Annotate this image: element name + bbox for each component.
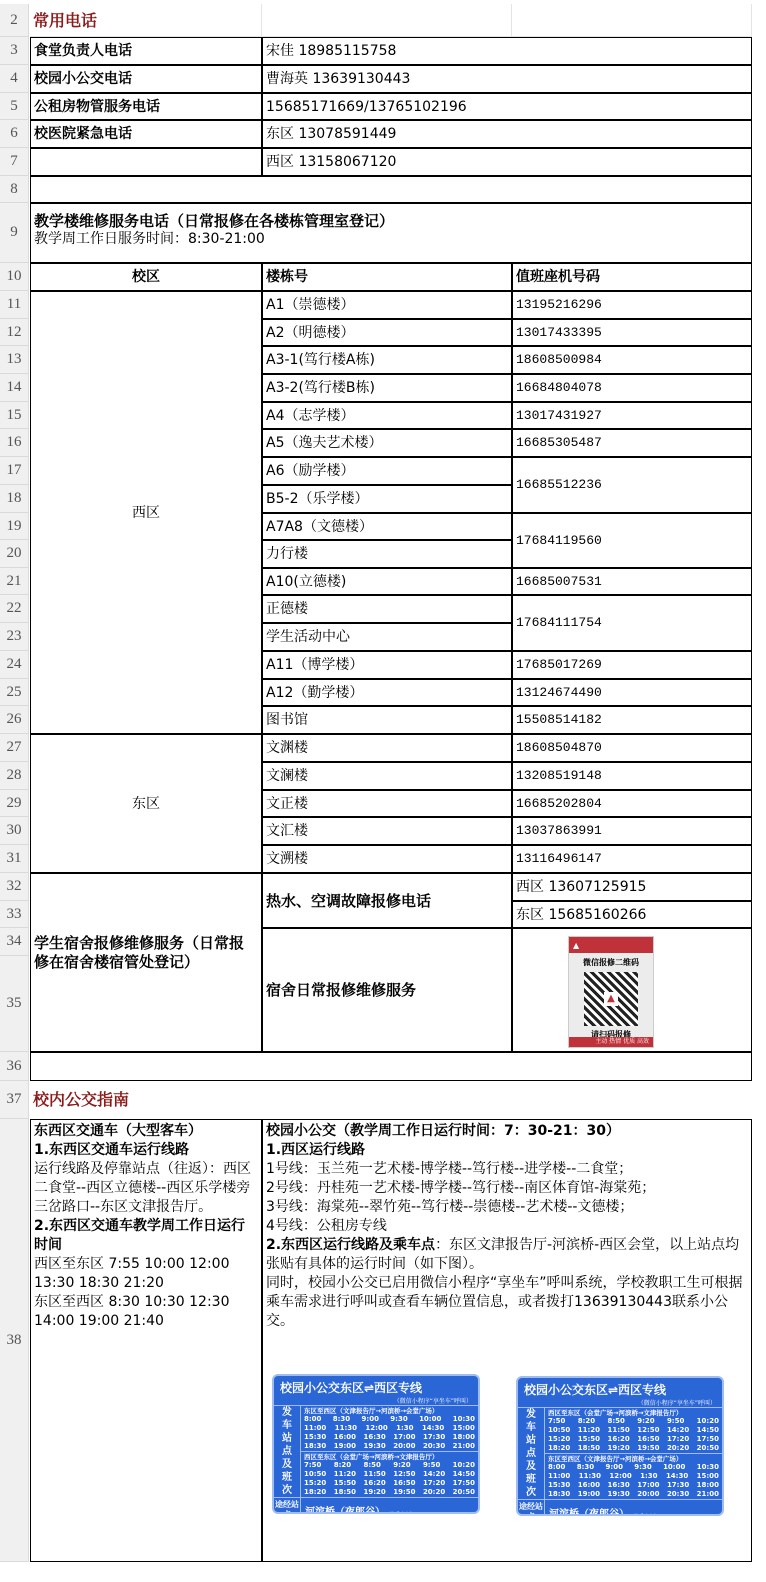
building-name: 正德楼 [262,595,512,623]
route-line-3: 3号线：海棠苑--翠竹苑--笃行楼--崇德楼--艺术楼--文德楼； [266,1198,748,1217]
duty-phone[interactable]: 16685007531 [512,568,752,595]
departure-time: 10:50 [304,1470,326,1479]
shuttle-route: 运行线路及停靠站点（往返）：西区二食堂--西区立德楼--西区乐学楼旁三岔路口--… [34,1160,258,1217]
departure-time: 8:30 [577,1463,594,1472]
departure-time: 18:50 [578,1444,600,1453]
departure-time: 11:50 [607,1426,629,1435]
building-name: 文溯楼 [262,845,512,873]
row-header[interactable]: 8 [0,176,29,203]
duty-phone[interactable]: 15508514182 [512,706,752,734]
building-name: B5-2（乐学楼） [262,485,512,513]
row-header[interactable]: 6 [0,120,29,148]
duty-phone[interactable]: 13116496147 [512,845,752,873]
row-header[interactable]: 12 [0,319,29,346]
building-name: A7A8（文德楼） [262,513,512,540]
row-header[interactable]: 14 [0,374,29,402]
departure-time: 10:30 [697,1463,719,1472]
building-name: A11（博学楼） [262,651,512,679]
departure-time: 16:50 [393,1479,415,1488]
departure-time: 8:50 [607,1417,624,1426]
side-label-char: 车 [282,1419,292,1432]
route-line-4: 4号线：公租房专线 [266,1217,748,1236]
direction-label: 东区至西区（文津报告厅→河滨桥→会堂广场） [545,1454,722,1463]
building-name: 图书馆 [262,706,512,734]
phone-value[interactable]: 15685171669/13765102196 [262,93,752,120]
row-header[interactable]: 36 [0,1052,29,1081]
route-line-2: 2号线：丹桂苑一艺术楼-博学楼--笃行楼--南区体育馆-海棠苑； [266,1179,748,1198]
empty-row [30,1052,752,1081]
departure-time: 11:00 [548,1472,570,1481]
shuttle-route-heading: 1.东西区交通车运行线路 [34,1141,258,1160]
departure-time: 8:30 [333,1415,350,1424]
row-header[interactable]: 5 [0,93,29,120]
row-header[interactable]: 4 [0,65,29,93]
departure-time: 11:20 [334,1470,356,1479]
departure-time: 19:00 [334,1442,356,1451]
row-header[interactable]: 27 [0,734,29,762]
departure-time: 20:00 [637,1490,659,1499]
departure-time: 19:50 [393,1488,415,1497]
side-label-char: 次 [526,1486,536,1499]
shuttle-east-to-west: 东区至西区 8:30 10:30 12:30 14:00 19:00 21:40 [34,1293,258,1331]
phone-value[interactable]: 西区 13158067120 [262,148,752,176]
duty-phone[interactable]: 17684111754 [512,595,752,651]
row-header[interactable]: 31 [0,845,29,873]
departure-time: 15:00 [697,1472,719,1481]
building-name: 文渊楼 [262,734,512,762]
departure-time: 19:50 [637,1444,659,1453]
departure-time: 11:50 [363,1470,385,1479]
departure-time: 16:00 [578,1481,600,1490]
departure-time: 20:00 [393,1442,415,1451]
departure-time: 7:50 [548,1417,565,1426]
departure-time: 7:50 [304,1461,321,1470]
phone-value[interactable]: 曹海英 13639130443 [262,65,752,93]
departure-time: 8:20 [334,1461,351,1470]
departure-time: 18:50 [334,1488,356,1497]
departure-time: 14:50 [453,1470,475,1479]
departure-times-row: 8:008:309:009:3010:0010:30 [301,1415,478,1424]
row-header[interactable]: 9 [0,203,29,263]
direction-label: 东区至西区（文津报告厅→河滨桥→会堂广场） [301,1406,478,1415]
shuttle-info: 东西区交通车（大型客车）1.东西区交通车运行线路运行线路及停靠站点（往返）：西区… [30,1119,262,1562]
side-label-char: 次 [282,1484,292,1497]
row-header[interactable]: 11 [0,291,29,319]
contact-phone: 联系电话：13639130443 [629,1500,704,1516]
departure-time: 20:30 [667,1490,689,1499]
row-header[interactable]: 17 [0,457,29,485]
wechat-repair-qr-code[interactable]: ▲微信报修二维码▲请扫码报修主动 热情 优质 高效 [568,936,654,1048]
hotwater-label: 热水、空调故障报修电话 [262,873,512,928]
row-header[interactable]: 22 [0,595,29,623]
departure-time: 16:50 [637,1435,659,1444]
duty-phone[interactable]: 13124674490 [512,679,752,706]
departure-times-row: 11:0011:3012:001:3014:3015:00 [301,1424,478,1433]
contact-phone: 联系电话：13639130443 [385,1498,460,1514]
qr-code-icon: ▲ [584,972,638,1026]
departure-times-row: 18:3019:0019:3020:0020:3021:00 [301,1442,478,1451]
departure-time: 12:00 [365,1424,387,1433]
duty-phone[interactable]: 17684119560 [512,513,752,568]
departure-times-row: 15:3016:0016:3017:0017:3018:00 [545,1481,722,1490]
qr-footer: 主动 热情 优质 高效 [569,1037,653,1047]
phone-value[interactable]: 东区 13078591449 [262,120,752,148]
departure-time: 17:20 [423,1479,445,1488]
phone-label: 食堂负责人电话 [30,37,262,65]
departure-time: 17:50 [453,1479,475,1488]
grid-cell[interactable] [262,4,512,37]
departure-time: 19:20 [363,1488,385,1497]
east-west-route: 2.东西区运行线路及乘车点：东区文津报告厅-河滨桥-西区会堂，以上站点均张贴有具… [266,1236,748,1274]
route-line-1: 1号线：玉兰苑一艺术楼-博学楼--笃行楼--进学楼--二食堂； [266,1160,748,1179]
row-header[interactable]: 24 [0,651,29,679]
grid-cell[interactable] [512,4,752,37]
bus-timetable-image: 校园小公交东区⇌西区专线（微信小程序“享坐车”呼叫）发车站点及班次东区至西区（文… [272,1374,480,1514]
row-header[interactable]: 18 [0,485,29,513]
west-route-heading: 1.西区运行线路 [266,1141,748,1160]
dorm-section-title: 学生宿舍报修维修服务（日常报修在宿舍楼宿管处登记） [30,873,262,1052]
stop-label: 途经站点 [518,1500,545,1516]
row-header[interactable]: 16 [0,429,29,457]
departure-time: 15:20 [548,1435,570,1444]
departure-times-row: 15:2015:5016:2016:5017:2017:50 [301,1479,478,1488]
departure-time: 16:20 [607,1435,629,1444]
departure-time: 19:20 [607,1444,629,1453]
east-west-route-heading: 2.东西区运行线路及乘车点 [266,1237,435,1253]
departure-times-row: 7:508:208:509:209:5010:20 [301,1461,478,1470]
departure-time: 18:30 [548,1490,570,1499]
departure-time: 15:50 [578,1435,600,1444]
departure-time: 21:00 [453,1442,475,1451]
building-name: 文汇楼 [262,817,512,845]
departure-time: 11:00 [304,1424,326,1433]
row-header[interactable]: 28 [0,762,29,790]
row-header[interactable]: 32 [0,873,29,901]
departure-time: 20:20 [423,1488,445,1497]
departure-time: 10:20 [697,1417,719,1426]
departure-time: 10:00 [419,1415,441,1424]
departure-times-row: 18:2018:5019:2019:5020:2020:50 [545,1444,722,1453]
building-name: 文澜楼 [262,762,512,790]
departure-time: 18:00 [453,1433,475,1442]
departure-time: 17:00 [637,1481,659,1490]
building-name: A3-2(笃行楼B栋) [262,374,512,402]
service-hours: 教学周工作日服务时间：8:30-21:00 [34,230,748,248]
direction-label: 西区至东区（会堂广场→河滨桥→文津报告厅） [545,1408,722,1417]
departure-time: 17:50 [697,1435,719,1444]
departure-times-row: 10:5011:2011:5012:5014:2014:50 [545,1426,722,1435]
row-header[interactable]: 25 [0,679,29,706]
building-name: 文正楼 [262,790,512,817]
timetable-title: 校园小公交东区⇌西区专线 [274,1376,478,1396]
col-header-building: 楼栋号 [262,263,512,291]
row-header[interactable]: 33 [0,901,29,928]
building-name: A6（励学楼） [262,457,512,485]
departure-time: 18:00 [697,1481,719,1490]
departure-time: 12:50 [393,1470,415,1479]
col-header-phone: 值班座机号码 [512,263,752,291]
qr-title: 微信报修二维码 [569,957,653,968]
campus-west: 西区 [30,291,262,734]
building-name: A10(立德楼) [262,568,512,595]
mini-bus-title: 校园小公交（教学周工作日运行时间：7：30-21：30） [266,1122,748,1141]
departure-time: 10:50 [548,1426,570,1435]
departure-time: 8:50 [363,1461,380,1470]
departure-time: 14:50 [697,1426,719,1435]
side-label-char: 班 [282,1471,292,1484]
departure-time: 11:30 [579,1472,601,1481]
departure-times-row: 15:2015:5016:2016:5017:2017:50 [545,1435,722,1444]
row-header[interactable]: 21 [0,568,29,595]
campus-east: 东区 [30,734,262,873]
bus-timetable-image: 校园小公交东区⇌西区专线（微信小程序“享坐车”呼叫）发车站点及班次西区至东区（会… [516,1376,724,1516]
departure-time: 9:50 [423,1461,440,1470]
building-name: A12（勤学楼） [262,679,512,706]
departure-time: 17:20 [667,1435,689,1444]
departure-time: 20:50 [453,1488,475,1497]
stop-name: 河滨桥（夜郎谷） [545,1500,629,1516]
hotwater-phone-west[interactable]: 西区 13607125915 [512,873,752,901]
phone-label: 校园小公交电话 [30,65,262,93]
shuttle-time-heading: 2.东西区交通车教学周工作日运行时间 [34,1217,258,1255]
duty-phone[interactable]: 13017433395 [512,319,752,346]
row-header[interactable]: 7 [0,148,29,176]
departure-time: 17:30 [423,1433,445,1442]
building-name: A1（崇德楼） [262,291,512,319]
row-header[interactable]: 34 [0,928,29,956]
row-header[interactable]: 37 [0,1081,29,1119]
row-header[interactable]: 29 [0,790,29,817]
departure-time: 14:30 [666,1472,688,1481]
row-header[interactable]: 13 [0,346,29,374]
row-header[interactable]: 23 [0,623,29,651]
departure-time: 18:20 [304,1488,326,1497]
empty-row [30,176,752,203]
building-name: A2（明德楼） [262,319,512,346]
duty-phone[interactable]: 16685512236 [512,457,752,513]
qr-header: ▲ [569,937,653,953]
teaching-section-header: 教学楼维修服务电话（日常报修在各楼栋管理室登记）教学周工作日服务时间：8:30-… [30,203,752,263]
stop-name: 河滨桥（夜郎谷） [301,1498,385,1514]
timetable-subtitle: （微信小程序“享坐车”呼叫） [518,1398,722,1407]
col-header-campus: 校区 [30,263,262,291]
duty-phone[interactable]: 16684804078 [512,374,752,402]
departure-time: 11:30 [335,1424,357,1433]
phone-label: 校医院紧急电话 [30,120,262,148]
departure-time: 15:00 [453,1424,475,1433]
timetable-title: 校园小公交东区⇌西区专线 [518,1378,722,1398]
building-name: 学生活动中心 [262,623,512,651]
departure-time: 14:30 [422,1424,444,1433]
departure-time: 10:20 [453,1461,475,1470]
side-label-char: 班 [526,1473,536,1486]
departure-time: 20:50 [697,1444,719,1453]
phone-label: 公租房物管服务电话 [30,93,262,120]
departure-time: 15:30 [548,1481,570,1490]
duty-phone[interactable]: 18608500984 [512,346,752,374]
timetable-side-label: 发车站点及班次 [274,1406,301,1497]
row-header[interactable]: 3 [0,37,29,65]
duty-phone[interactable]: 13208519148 [512,762,752,790]
side-label-char: 点 [282,1445,292,1458]
building-name: A5（逸夫艺术楼） [262,429,512,457]
departure-time: 15:20 [304,1479,326,1488]
duty-phone[interactable]: 16685202804 [512,790,752,817]
stop-label: 途经站点 [274,1498,301,1514]
row-header[interactable]: 35 [0,956,29,1052]
row-header[interactable]: 30 [0,817,29,845]
departure-time: 9:20 [637,1417,654,1426]
company-logo-icon: ▲ [573,941,579,950]
departure-times-row: 10:5011:2011:5012:5014:2014:50 [301,1470,478,1479]
side-label-char: 及 [526,1460,536,1473]
departure-time: 20:20 [667,1444,689,1453]
duty-phone[interactable]: 13017431927 [512,402,752,429]
timetable-subtitle: （微信小程序“享坐车”呼叫） [274,1396,478,1405]
departure-time: 9:20 [393,1461,410,1470]
departure-times-row: 7:508:208:509:209:5010:20 [545,1417,722,1426]
shuttle-west-to-east: 西区至东区 7:55 10:00 12:00 13:30 18:30 21:20 [34,1255,258,1293]
departure-time: 16:00 [334,1433,356,1442]
departure-time: 1:30 [640,1472,657,1481]
departure-time: 18:20 [548,1444,570,1453]
building-name: A3-1(笃行楼A栋) [262,346,512,374]
side-label-char: 点 [526,1447,536,1460]
duty-phone[interactable]: 18608504870 [512,734,752,762]
side-label-char: 发 [526,1408,536,1421]
departure-time: 15:30 [304,1433,326,1442]
departure-time: 21:00 [697,1490,719,1499]
section-title-common: 常用电话 [30,4,262,37]
timetable-side-label: 发车站点及班次 [518,1408,545,1499]
side-label-char: 站 [282,1432,292,1445]
building-name: 力行楼 [262,540,512,568]
section-title-bus: 校内公交指南 [30,1081,752,1119]
departure-time: 12:00 [609,1472,631,1481]
departure-time: 18:30 [304,1442,326,1451]
departure-time: 8:00 [304,1415,321,1424]
spreadsheet: 2345678910111213141516171819202122232425… [0,0,766,1582]
duty-phone[interactable]: 13195216296 [512,291,752,319]
row-header[interactable]: 26 [0,706,29,734]
shuttle-title: 东西区交通车（大型客车） [34,1122,258,1141]
side-label-char: 发 [282,1406,292,1419]
row-header[interactable]: 10 [0,263,29,291]
departure-time: 19:00 [578,1490,600,1499]
departure-time: 15:50 [334,1479,356,1488]
departure-time: 20:30 [423,1442,445,1451]
departure-times-row: 18:3019:0019:3020:0020:3021:00 [545,1490,722,1499]
direction-label: 西区至东区（会堂广场→河滨桥→文津报告厅） [301,1452,478,1461]
duty-phone[interactable]: 16685305487 [512,429,752,457]
departure-time: 11:20 [578,1426,600,1435]
departure-times-row: 8:008:309:009:3010:0010:30 [545,1463,722,1472]
departure-time: 10:00 [663,1463,685,1472]
departure-time: 16:20 [363,1479,385,1488]
duty-phone[interactable]: 17685017269 [512,651,752,679]
departure-time: 14:20 [423,1470,445,1479]
phone-value[interactable]: 宋佳 18985115758 [262,37,752,65]
departure-time: 16:30 [363,1433,385,1442]
departure-time: 17:30 [667,1481,689,1490]
departure-times-row: 11:0011:3012:001:3014:3015:00 [545,1472,722,1481]
hotwater-phone-east[interactable]: 东区 15685160266 [512,901,752,928]
departure-time: 12:50 [637,1426,659,1435]
side-label-char: 车 [526,1421,536,1434]
departure-time: 14:20 [667,1426,689,1435]
row-header[interactable]: 2 [0,4,29,37]
daily-repair-label: 宿舍日常报修维修服务 [262,928,512,1052]
side-label-char: 及 [282,1458,292,1471]
building-name: A4（志学楼） [262,402,512,429]
side-label-char: 站 [526,1434,536,1447]
row-header[interactable]: 20 [0,540,29,568]
departure-time: 9:30 [634,1463,651,1472]
departure-time: 9:30 [390,1415,407,1424]
departure-time: 10:30 [453,1415,475,1424]
teaching-section-title: 教学楼维修服务电话（日常报修在各楼栋管理室登记） [34,212,748,230]
row-header[interactable]: 19 [0,513,29,540]
departure-time: 1:30 [396,1424,413,1433]
departure-time: 17:00 [393,1433,415,1442]
duty-phone[interactable]: 13037863991 [512,817,752,845]
departure-times-row: 18:2018:5019:2019:5020:2020:50 [301,1488,478,1497]
departure-time: 16:30 [607,1481,629,1490]
departure-time: 9:00 [362,1415,379,1424]
phone-label [30,148,262,176]
departure-time: 8:20 [578,1417,595,1426]
departure-time: 9:50 [667,1417,684,1426]
departure-time: 19:30 [363,1442,385,1451]
departure-times-row: 15:3016:0016:3017:0017:3018:00 [301,1433,478,1442]
row-header[interactable]: 38 [0,1119,29,1562]
departure-time: 19:30 [607,1490,629,1499]
row-header[interactable]: 15 [0,402,29,429]
wechat-call-note: 同时，校园小公交已启用微信小程序“享坐车”呼叫系统，学校教职工生可根据乘车需求进… [266,1274,748,1331]
departure-time: 9:00 [606,1463,623,1472]
departure-time: 8:00 [548,1463,565,1472]
